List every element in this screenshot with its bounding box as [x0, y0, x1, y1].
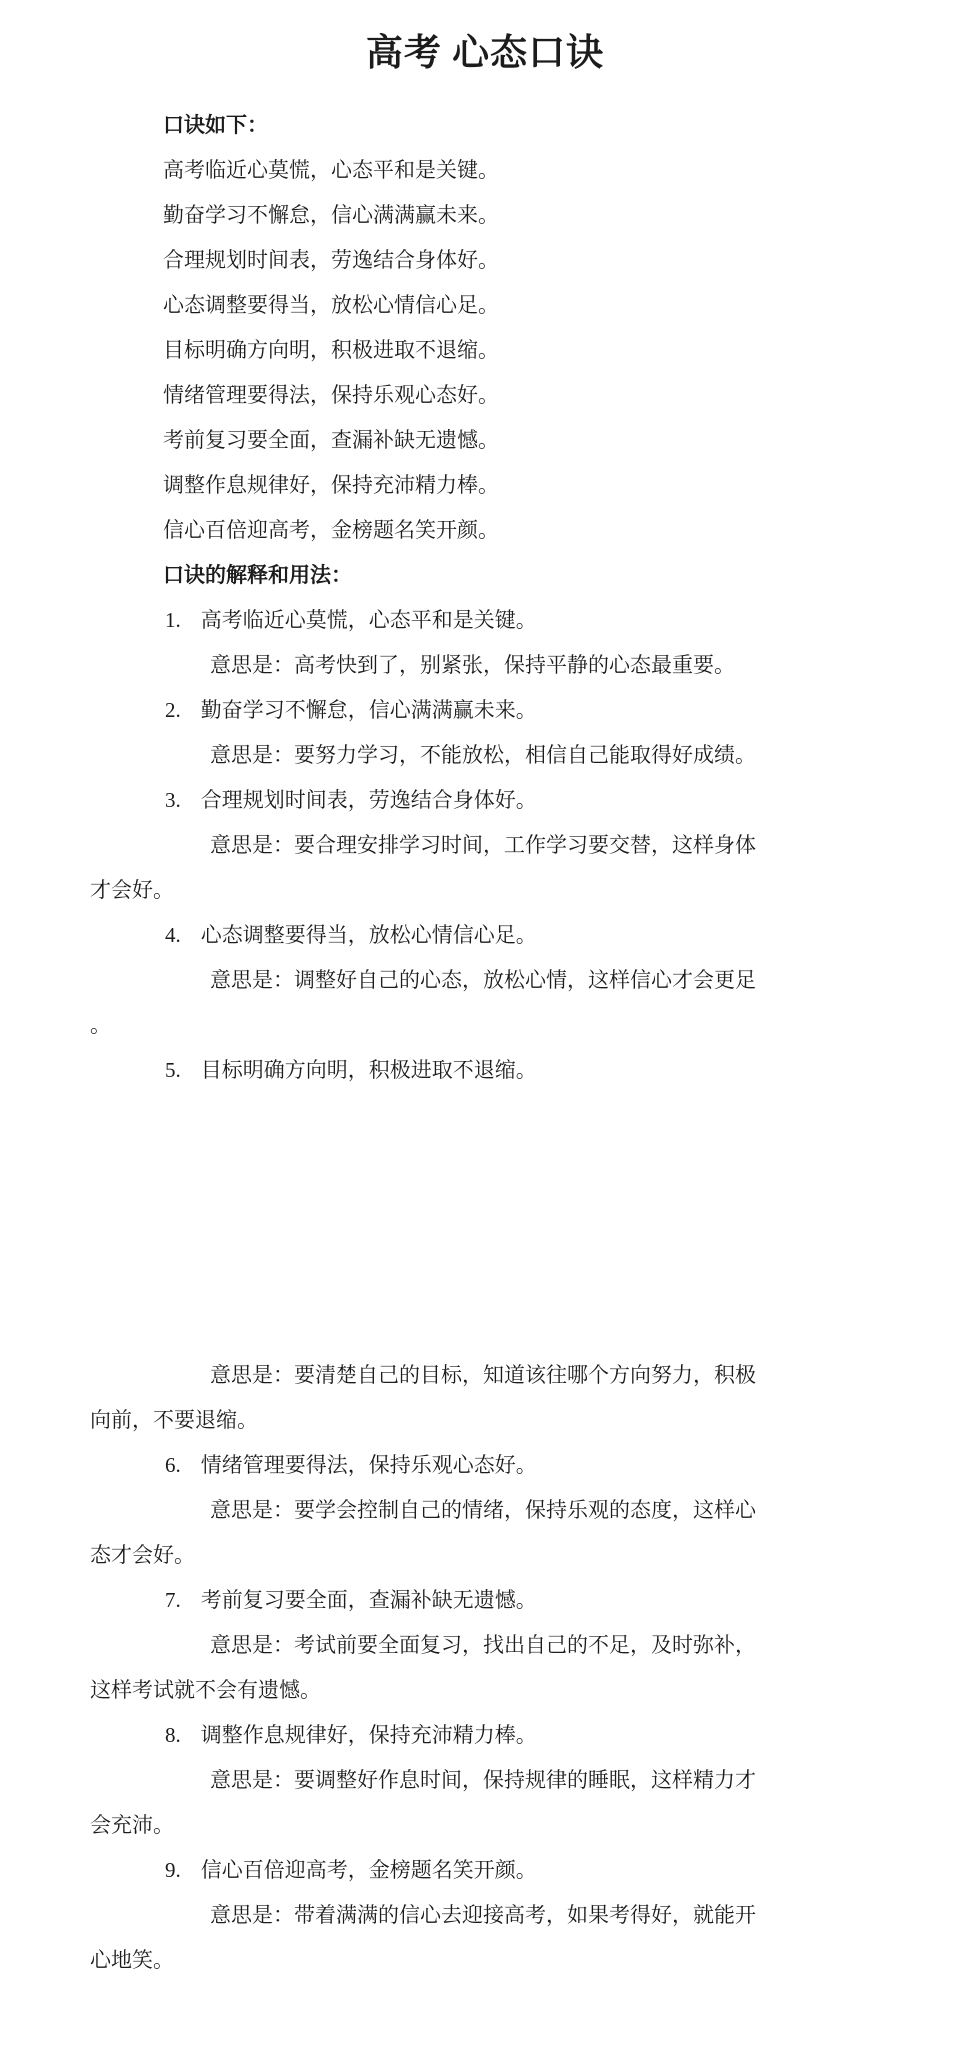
couplet-line: 调整作息规律好，保持充沛精力棒。	[90, 463, 880, 508]
couplet-line: 目标明确方向明，积极进取不退缩。	[90, 328, 880, 373]
item-phrase: 目标明确方向明，积极进取不退缩。	[201, 1058, 537, 1082]
item-phrase: 心态调整要得当，放松心情信心足。	[201, 923, 537, 947]
couplet-line: 信心百倍迎高考，金榜题名笑开颜。	[90, 508, 880, 553]
item-number: 4.	[165, 923, 181, 947]
meaning-line: 意思是：调整好自己的心态，放松心情，这样信心才会更足	[90, 958, 880, 1003]
item-number: 6.	[165, 1453, 181, 1477]
meaning-line: 意思是：带着满满的信心去迎接高考，如果考得好，就能开	[90, 1893, 880, 1938]
item-number: 8.	[165, 1723, 181, 1747]
meaning-line: 这样考试就不会有遗憾。	[90, 1668, 880, 1713]
numbered-item: 6.情绪管理要得法，保持乐观心态好。	[90, 1443, 880, 1488]
couplet-line: 合理规划时间表，劳逸结合身体好。	[90, 238, 880, 283]
couplet-line: 勤奋学习不懈怠，信心满满赢未来。	[90, 193, 880, 238]
item-phrase: 情绪管理要得法，保持乐观心态好。	[201, 1453, 537, 1477]
item-phrase: 调整作息规律好，保持充沛精力棒。	[201, 1723, 537, 1747]
numbered-item: 2.勤奋学习不懈怠，信心满满赢未来。	[90, 688, 880, 733]
document-page: 高考 心态口诀 口诀如下： 高考临近心莫慌，心态平和是关键。 勤奋学习不懈怠，信…	[0, 0, 966, 2070]
meaning-line: 意思是：考试前要全面复习，找出自己的不足，及时弥补，	[90, 1623, 880, 1668]
item-number: 9.	[165, 1858, 181, 1882]
item-number: 7.	[165, 1588, 181, 1612]
item-phrase: 信心百倍迎高考，金榜题名笑开颜。	[201, 1858, 537, 1882]
numbered-item: 1.高考临近心莫慌，心态平和是关键。	[90, 598, 880, 643]
page-title: 高考 心态口诀	[90, 0, 880, 80]
explain-heading: 口诀的解释和用法：	[90, 553, 880, 598]
numbered-item: 5.目标明确方向明，积极进取不退缩。	[90, 1048, 880, 1093]
intro-heading: 口诀如下：	[90, 103, 880, 148]
meaning-line: 向前，不要退缩。	[90, 1398, 880, 1443]
meaning-line: 意思是：要努力学习，不能放松，相信自己能取得好成绩。	[90, 733, 880, 778]
meaning-line: 。	[90, 1003, 880, 1048]
meaning-line: 意思是：高考快到了，别紧张，保持平静的心态最重要。	[90, 643, 880, 688]
item-number: 3.	[165, 788, 181, 812]
item-number: 2.	[165, 698, 181, 722]
item-phrase: 合理规划时间表，劳逸结合身体好。	[201, 788, 537, 812]
couplet-line: 高考临近心莫慌，心态平和是关键。	[90, 148, 880, 193]
meaning-line: 会充沛。	[90, 1803, 880, 1848]
meaning-line: 才会好。	[90, 868, 880, 913]
item-number: 5.	[165, 1058, 181, 1082]
couplet-line: 心态调整要得当，放松心情信心足。	[90, 283, 880, 328]
item-number: 1.	[165, 608, 181, 632]
meaning-line: 意思是：要学会控制自己的情绪，保持乐观的态度，这样心	[90, 1488, 880, 1533]
meaning-line: 意思是：要调整好作息时间，保持规律的睡眠，这样精力才	[90, 1758, 880, 1803]
couplet-line: 情绪管理要得法，保持乐观心态好。	[90, 373, 880, 418]
item-phrase: 考前复习要全面，查漏补缺无遗憾。	[201, 1588, 537, 1612]
meaning-line: 意思是：要合理安排学习时间，工作学习要交替，这样身体	[90, 823, 880, 868]
meaning-line: 心地笑。	[90, 1938, 880, 1983]
couplet-line: 考前复习要全面，查漏补缺无遗憾。	[90, 418, 880, 463]
numbered-item: 4.心态调整要得当，放松心情信心足。	[90, 913, 880, 958]
item-phrase: 勤奋学习不懈怠，信心满满赢未来。	[201, 698, 537, 722]
meaning-line: 态才会好。	[90, 1533, 880, 1578]
item-phrase: 高考临近心莫慌，心态平和是关键。	[201, 608, 537, 632]
numbered-item: 3.合理规划时间表，劳逸结合身体好。	[90, 778, 880, 823]
numbered-item: 9.信心百倍迎高考，金榜题名笑开颜。	[90, 1848, 880, 1893]
numbered-item: 8.调整作息规律好，保持充沛精力棒。	[90, 1713, 880, 1758]
numbered-item: 7.考前复习要全面，查漏补缺无遗憾。	[90, 1578, 880, 1623]
meaning-line: 意思是：要清楚自己的目标，知道该往哪个方向努力，积极	[90, 1353, 880, 1398]
blank-gap	[90, 1093, 880, 1353]
